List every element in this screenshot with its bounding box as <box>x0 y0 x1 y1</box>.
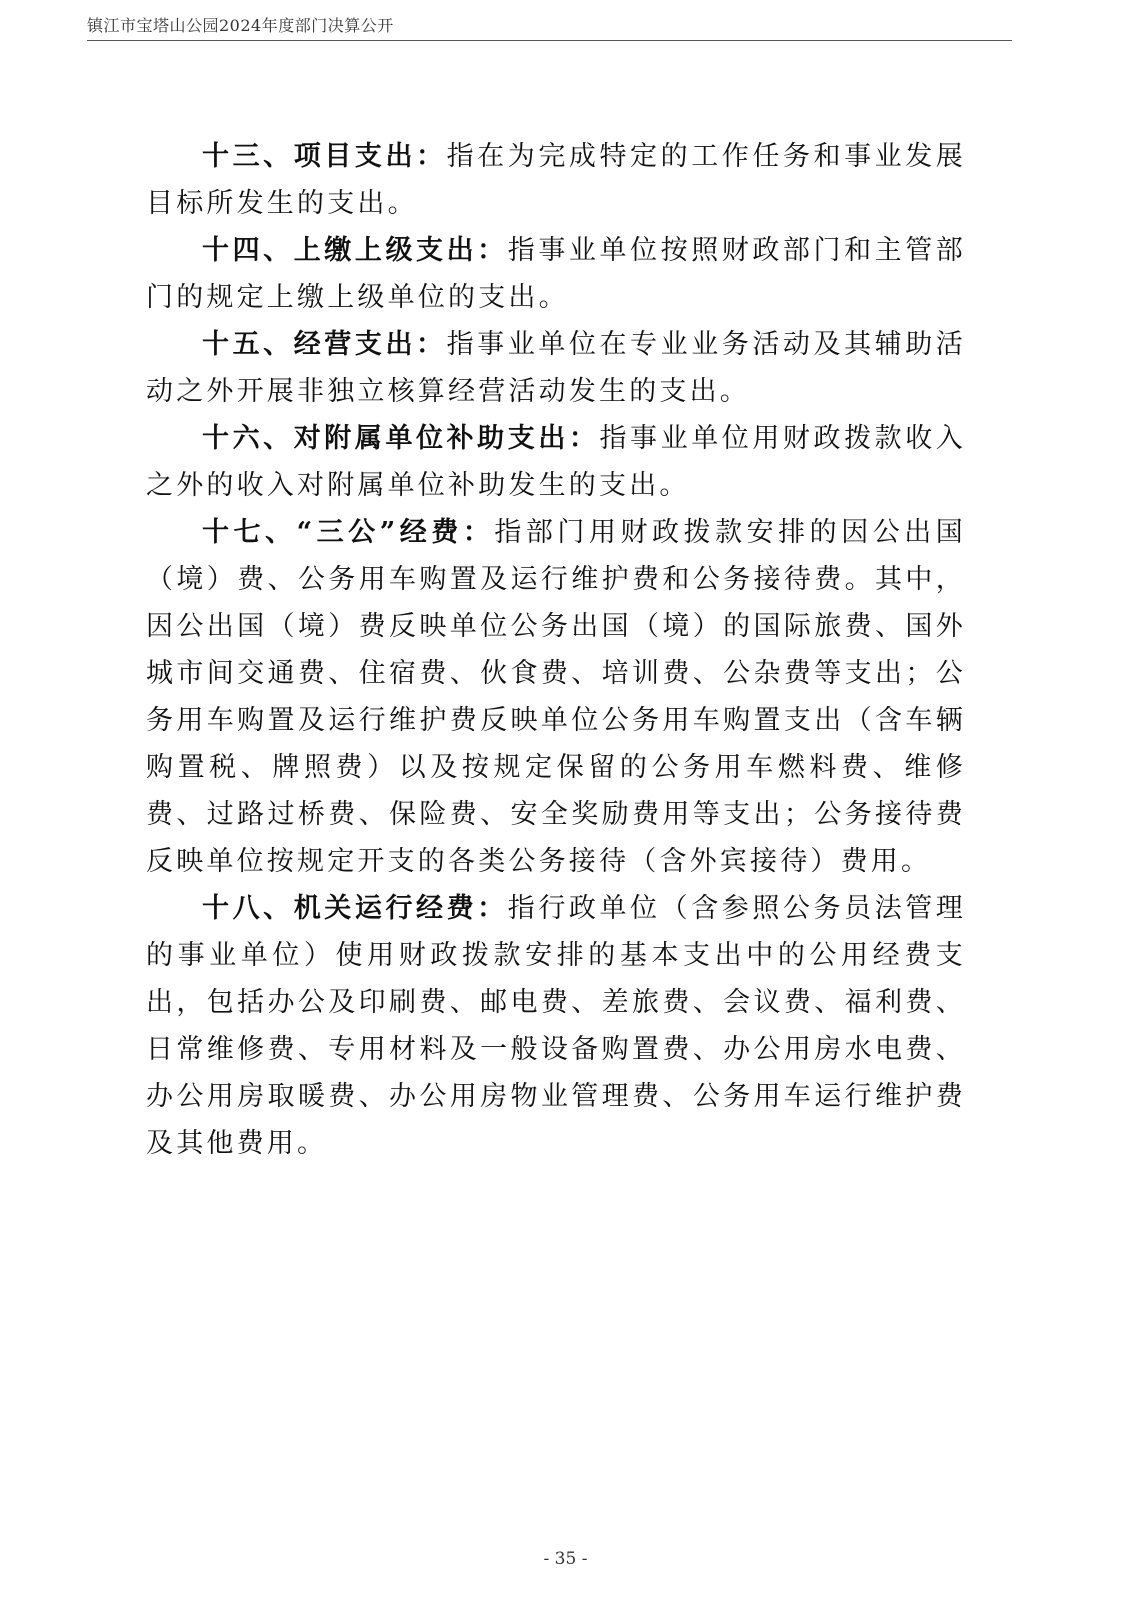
term-label: 十五、经营支出： <box>202 329 447 360</box>
term-definition: 指部门用财政拨款安排的因公出国（境）费、公务用车购置及运行维护费和公务接待费。其… <box>146 517 966 877</box>
paragraph-subsidiary-subsidy-expenditure: 十六、对附属单位补助支出：指事业单位用财政拨款收入之外的收入对附属单位补助发生的… <box>146 415 966 509</box>
document-title: 镇江市宝塔山公园2024年度部门决算公开 <box>87 13 394 36</box>
term-label: 十八、机关运行经费： <box>202 893 508 924</box>
paragraph-project-expenditure: 十三、项目支出：指在为完成特定的工作任务和事业发展目标所发生的支出。 <box>146 133 966 227</box>
paragraph-remit-superior-expenditure: 十四、上缴上级支出：指事业单位按照财政部门和主管部门的规定上缴上级单位的支出。 <box>146 227 966 321</box>
term-label: 十六、对附属单位补助支出： <box>202 423 599 454</box>
paragraph-agency-operating-funds: 十八、机关运行经费：指行政单位（含参照公务员法管理的事业单位）使用财政拨款安排的… <box>146 885 966 1167</box>
document-body: 十三、项目支出：指在为完成特定的工作任务和事业发展目标所发生的支出。 十四、上缴… <box>146 133 966 1167</box>
page-number: - 35 - <box>0 1549 1131 1569</box>
term-label: 十三、项目支出： <box>202 141 447 172</box>
term-label: 十四、上缴上级支出： <box>202 235 508 266</box>
term-definition: 指行政单位（含参照公务员法管理的事业单位）使用财政拨款安排的基本支出中的公用经费… <box>146 893 966 1159</box>
paragraph-three-public-expenses: 十七、“三公”经费：指部门用财政拨款安排的因公出国（境）费、公务用车购置及运行维… <box>146 509 966 885</box>
term-label: 十七、“三公”经费： <box>202 517 494 548</box>
paragraph-operating-expenditure: 十五、经营支出：指事业单位在专业业务活动及其辅助活动之外开展非独立核算经营活动发… <box>146 321 966 415</box>
page-header: 镇江市宝塔山公园2024年度部门决算公开 <box>87 12 1012 41</box>
